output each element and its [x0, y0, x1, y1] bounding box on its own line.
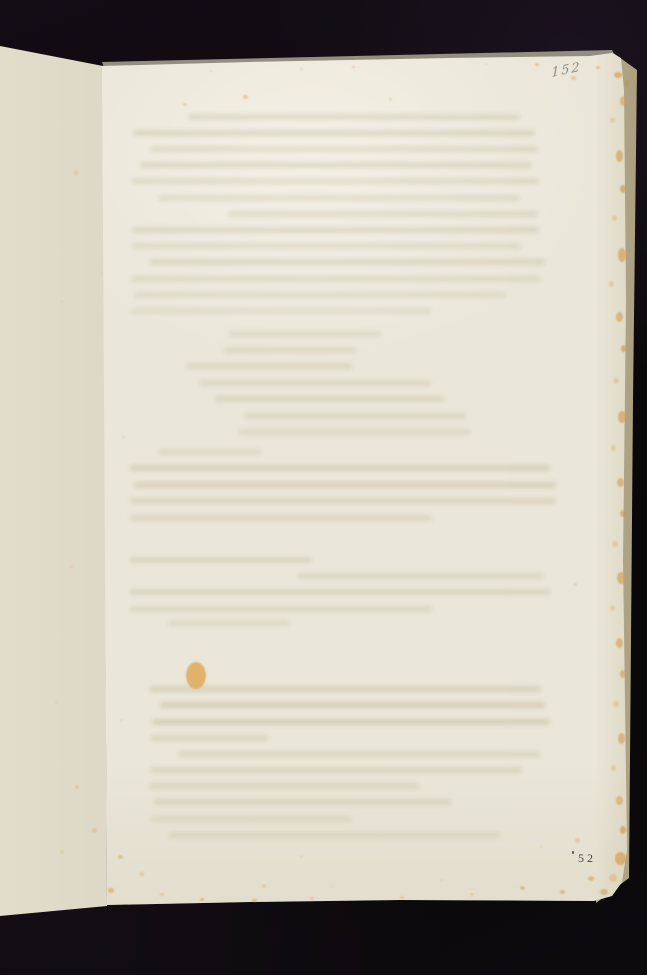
ghost-text-line [298, 573, 544, 579]
ghost-text-line [130, 465, 550, 471]
ghost-text-line [131, 276, 540, 282]
ghost-text-line [188, 114, 520, 120]
ghost-text-line [150, 146, 538, 152]
photo-background: 152 52 [0, 0, 647, 975]
ghost-text-line [134, 482, 556, 488]
ghost-text-line [131, 308, 431, 314]
ghost-text-line [133, 130, 535, 136]
page-number: 52 [578, 851, 596, 866]
ghost-text-line [158, 195, 520, 201]
ghost-text-line [130, 557, 312, 563]
ghost-text-line [229, 331, 381, 337]
ghost-text-line [199, 380, 431, 386]
ghost-text-line [131, 227, 539, 233]
ghost-text-line [160, 702, 546, 708]
ghost-text-line [148, 783, 420, 789]
ghost-text-line [214, 396, 444, 402]
ghost-text-line [131, 178, 539, 184]
ink-speck [572, 851, 574, 854]
ghost-text-line [238, 429, 470, 435]
ghost-text-line [168, 832, 500, 838]
ghost-text-line [168, 620, 290, 626]
ghost-text-line [140, 162, 532, 168]
ghost-text-line [149, 259, 545, 265]
ghost-text-line [134, 292, 506, 298]
ghost-text-line [150, 735, 268, 741]
ghost-text-line [150, 816, 352, 822]
ghost-text-line [130, 589, 550, 595]
ghost-text-line [130, 498, 556, 504]
ghost-text-line [130, 606, 432, 612]
ghost-text-line [224, 347, 356, 353]
ghost-text-line [150, 767, 522, 773]
ghost-text-line [158, 449, 262, 455]
ghost-text-line [154, 799, 452, 805]
ghost-text-line [186, 363, 352, 369]
ghost-text-line [178, 751, 540, 757]
ghost-text-line [152, 719, 550, 725]
ghost-text-line [244, 413, 466, 419]
ghost-text-line [131, 243, 521, 249]
ghost-text-line [228, 211, 538, 217]
ghost-text-line [149, 686, 541, 692]
ghost-text-line [130, 515, 432, 521]
